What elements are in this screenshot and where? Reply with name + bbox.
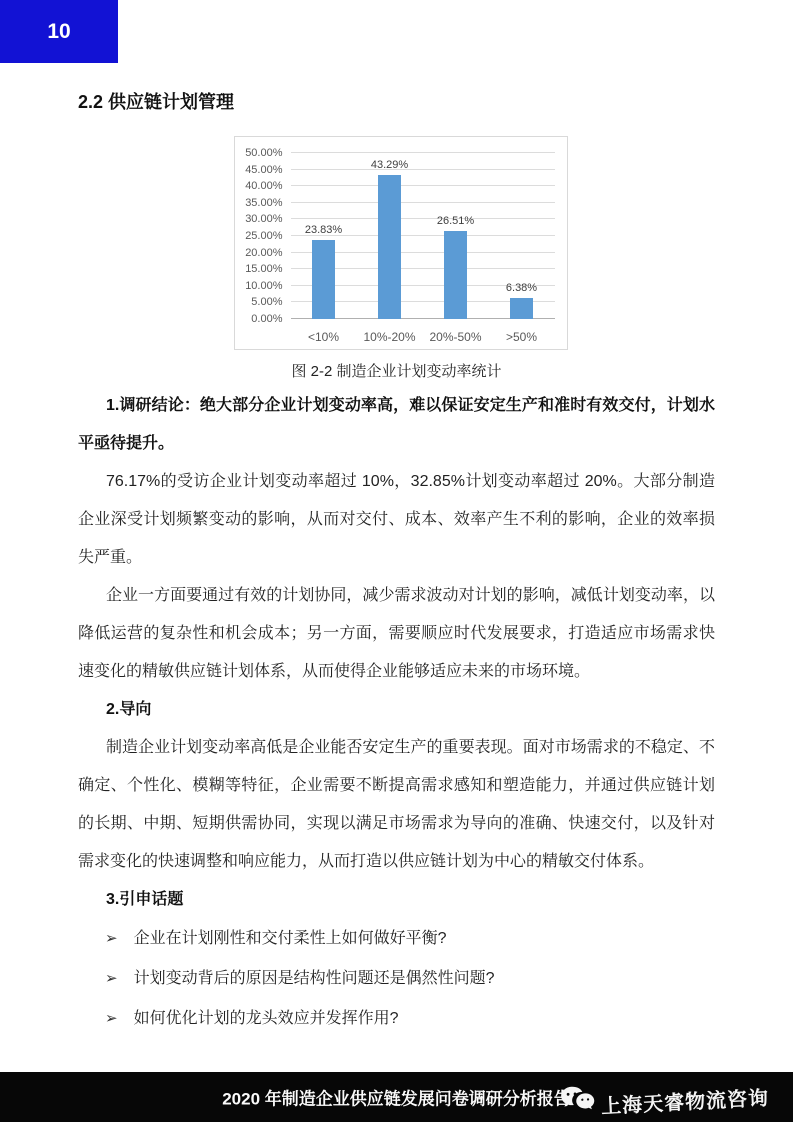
chart-bars: 23.83%43.29%26.51%6.38% xyxy=(291,153,555,319)
statistics-paragraph: 76.17%的受访企业计划变动率超过 10%，32.85%计划变动率超过 20%… xyxy=(78,463,715,577)
bar xyxy=(510,298,533,319)
y-tick-label: 35.00% xyxy=(245,197,282,209)
chart-wrapper: 0.00%5.00%10.00%15.00%20.00%25.00%30.00%… xyxy=(86,136,715,350)
bar-column: 26.51% xyxy=(423,153,489,319)
topic-text: 计划变动背后的原因是结构性问题还是偶然性问题? xyxy=(134,959,495,999)
chart-x-axis: <10%10%-20%20%-50%>50% xyxy=(291,330,555,344)
arrow-bullet-icon: ➢ xyxy=(105,920,118,958)
y-tick-label: 50.00% xyxy=(245,147,282,159)
bar xyxy=(312,240,335,319)
bar-value-label: 6.38% xyxy=(506,282,537,294)
page-number-badge: 10 xyxy=(0,0,118,63)
y-tick-label: 10.00% xyxy=(245,280,282,292)
y-tick-label: 30.00% xyxy=(245,213,282,225)
topic-text: 如何优化计划的龙头效应并发挥作用? xyxy=(134,999,399,1039)
y-tick-label: 20.00% xyxy=(245,247,282,259)
topic-text: 企业在计划刚性和交付柔性上如何做好平衡? xyxy=(134,919,447,959)
y-tick-label: 15.00% xyxy=(245,263,282,275)
topic-item: ➢ 计划变动背后的原因是结构性问题还是偶然性问题? xyxy=(78,959,715,999)
page-content: 2.2 供应链计划管理 0.00%5.00%10.00%15.00%20.00%… xyxy=(0,0,793,1039)
bar-column: 23.83% xyxy=(291,153,357,319)
footer-bar: 2020 年制造企业供应链发展问卷调研分析报告 上海天睿物流咨询 xyxy=(0,1072,793,1122)
arrow-bullet-icon: ➢ xyxy=(105,1000,118,1038)
topic-item: ➢ 企业在计划刚性和交付柔性上如何做好平衡? xyxy=(78,919,715,959)
topics-heading: 3.引申话题 xyxy=(78,881,715,919)
conclusion-paragraph: 1.调研结论：绝大部分企业计划变动率高，难以保证安定生产和准时有效交付，计划水平… xyxy=(78,387,715,463)
page-number: 10 xyxy=(47,20,70,44)
bar-column: 43.29% xyxy=(357,153,423,319)
category-label: 10%-20% xyxy=(357,330,423,344)
y-tick-label: 40.00% xyxy=(245,180,282,192)
y-tick-label: 45.00% xyxy=(245,164,282,176)
bar-chart: 0.00%5.00%10.00%15.00%20.00%25.00%30.00%… xyxy=(234,136,568,350)
bar-column: 6.38% xyxy=(489,153,555,319)
y-tick-label: 5.00% xyxy=(251,296,282,308)
topic-item: ➢ 如何优化计划的龙头效应并发挥作用? xyxy=(78,999,715,1039)
y-tick-label: 25.00% xyxy=(245,230,282,242)
bar-value-label: 26.51% xyxy=(437,215,474,227)
advice-paragraph: 企业一方面要通过有效的计划协同，减少需求波动对计划的影响，减低计划变动率，以降低… xyxy=(78,577,715,691)
chart-plot-area: 23.83%43.29%26.51%6.38% xyxy=(291,153,555,319)
document-page: 10 2.2 供应链计划管理 0.00%5.00%10.00%15.00%20.… xyxy=(0,0,793,1122)
guide-heading: 2.导向 xyxy=(78,691,715,729)
arrow-bullet-icon: ➢ xyxy=(105,960,118,998)
category-label: >50% xyxy=(489,330,555,344)
category-label: 20%-50% xyxy=(423,330,489,344)
category-label: <10% xyxy=(291,330,357,344)
chart-caption: 图 2-2 制造企业计划变动率统计 xyxy=(78,360,715,381)
brand-area: 上海天睿物流咨询 xyxy=(559,1081,769,1122)
bar-value-label: 43.29% xyxy=(371,159,408,171)
topics-list: ➢ 企业在计划刚性和交付柔性上如何做好平衡? ➢ 计划变动背后的原因是结构性问题… xyxy=(78,919,715,1039)
bar xyxy=(444,231,467,319)
report-title: 2020 年制造企业供应链发展问卷调研分析报告 xyxy=(222,1085,571,1110)
bar-value-label: 23.83% xyxy=(305,224,342,236)
chart-y-axis: 0.00%5.00%10.00%15.00%20.00%25.00%30.00%… xyxy=(241,153,285,319)
wechat-icon xyxy=(559,1090,597,1122)
section-heading: 2.2 供应链计划管理 xyxy=(78,88,715,114)
bar xyxy=(378,175,401,319)
brand-name: 上海天睿物流咨询 xyxy=(600,1081,769,1119)
guide-paragraph: 制造企业计划变动率高低是企业能否安定生产的重要表现。面对市场需求的不稳定、不确定… xyxy=(78,729,715,881)
y-tick-label: 0.00% xyxy=(251,313,282,325)
